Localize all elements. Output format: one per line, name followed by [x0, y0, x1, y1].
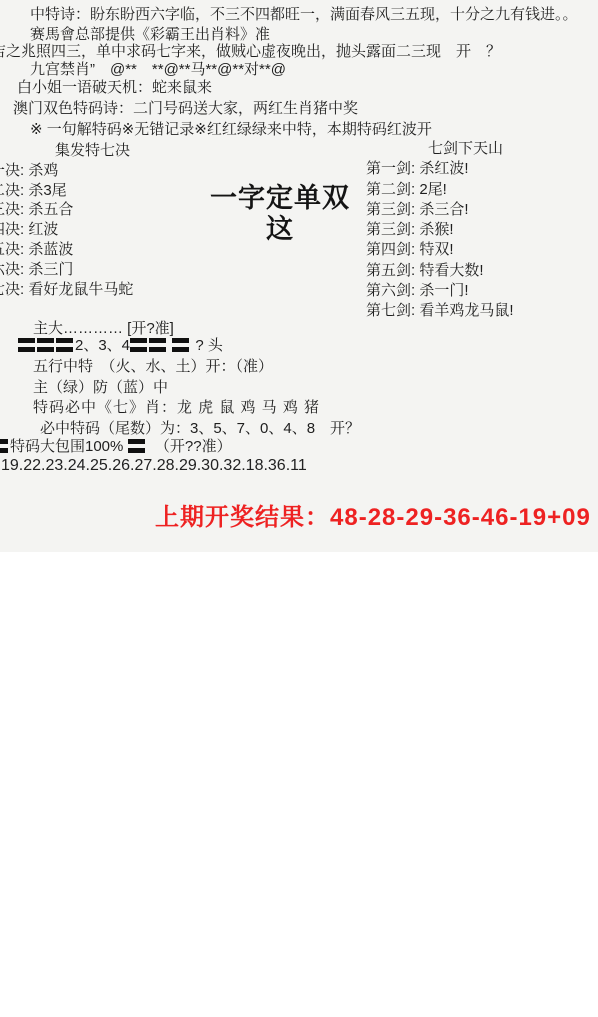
qijian-column-title: 七剑下天山 — [366, 139, 514, 159]
tip-zhulv-line: 主（绿）防（蓝）中 — [33, 379, 168, 397]
banner-line-2: 这 — [200, 214, 360, 245]
jifa-item-3: 三决: 杀五合 — [0, 200, 133, 220]
tip-bixiao-line: 特码必中《七》肖：龙 虎 鼠 鸡 马 鸡 猪 — [33, 399, 320, 417]
tip-sheet-page: 中特诗：盼东盼西六字临，不三不四都旺一，满面春风三五现，十分之九有钱进。。 赛馬… — [0, 0, 598, 1017]
jifa-seven-tips-column: 集发特七决 一决: 杀鸡 二决: 杀3尾 三决: 杀五合 四决: 红波 五决: … — [0, 141, 133, 299]
tip-baowei-line: 特码大包围100% （开??准） — [0, 438, 232, 456]
qijian-item-4: 第三剑: 杀猴! — [366, 220, 514, 240]
jifa-item-1: 一决: 杀鸡 — [0, 161, 133, 181]
black-double-bar-glyph — [128, 439, 145, 453]
black-double-bar-glyph — [56, 338, 73, 352]
jifa-item-7: 七决: 看好龙鼠牛马蛇 — [0, 280, 133, 300]
black-double-bar-glyph — [0, 439, 8, 453]
black-bars-group-mid — [130, 337, 168, 355]
poem-line-baixiaojie: 白小姐一语破天机：蛇来鼠来 — [17, 79, 212, 97]
last-draw-result-numbers: 48-28-29-36-46-19+09 — [330, 504, 591, 531]
jifa-item-2: 二决: 杀3尾 — [0, 181, 133, 201]
last-draw-result-label: 上期开奖结果： — [155, 504, 330, 531]
black-double-bar-glyph — [172, 338, 189, 352]
poem-line-jiugong: 九宫禁肖” @** **@**马**@**对**@ — [30, 61, 286, 79]
seven-swords-column: 七剑下天山 第一剑: 杀红波! 第二剑: 2尾! 第三剑: 杀三合! 第三剑: … — [366, 139, 514, 322]
jifa-item-4: 四决: 红波 — [0, 220, 133, 240]
poem-line-jizhizhao: 吉之兆照四三，单中求码七字来，做贼心虚夜晚出，抛头露面二三现 开 ？ — [0, 43, 501, 61]
qijian-item-2: 第二剑: 2尾! — [366, 180, 514, 200]
black-double-bar-glyph — [18, 338, 35, 352]
tip-biwei-line: 必中特码（尾数）为：3、5、7、0、4、8 开？ — [40, 420, 360, 438]
center-banner: 一字定单双 这 — [200, 183, 360, 245]
banner-line-1: 一字定单双 — [200, 183, 360, 214]
qijian-item-1: 第一剑: 杀红波! — [366, 159, 514, 179]
bars-line-numbers: 2、3、4 — [75, 337, 130, 354]
jifa-item-5: 五决: 杀蓝波 — [0, 240, 133, 260]
tip-wuxing-line: 五行中特 （火、水、土）开：（准） — [33, 358, 273, 376]
poem-line-aomen: 澳门双色特码诗：二门号码送大家，两红生肖猪中奖 — [13, 100, 358, 118]
qijian-item-5: 第四剑: 特双! — [366, 240, 514, 260]
black-double-bar-glyph — [130, 338, 147, 352]
black-bars-group-lead — [18, 337, 75, 355]
qijian-item-7: 第六剑: 杀一门! — [366, 281, 514, 301]
qijian-item-8: 第七剑: 看羊鸡龙马鼠! — [366, 301, 514, 321]
qijian-item-3: 第三剑: 杀三合! — [366, 200, 514, 220]
last-draw-result: 上期开奖结果：48-28-29-36-46-19+09 — [155, 497, 591, 532]
black-bar-baowei-lead — [0, 438, 10, 456]
jifa-item-6: 六决: 杀三门 — [0, 260, 133, 280]
poem-line-zhongte: 中特诗：盼东盼西六字临，不三不四都旺一，满面春风三五现，十分之九有钱进。。 — [30, 6, 578, 24]
black-bar-baowei-tail — [128, 438, 147, 456]
tip-number-list: 19.22.23.24.25.26.27.28.29.30.32.18.36.1… — [1, 457, 307, 475]
poem-line-saimahui: 赛馬會总部提供《彩霸王出肖料》准 — [30, 26, 270, 44]
jifa-column-title: 集发特七决 — [0, 141, 133, 161]
tip-bars-line: 2、3、4 ? 头 — [18, 337, 223, 353]
black-double-bar-glyph — [149, 338, 166, 352]
black-bars-group-tail — [172, 337, 191, 355]
bars-line-suffix: ? 头 — [195, 337, 223, 354]
poem-line-jiete: ※ 一句解特码※无错记录※红红绿绿来中特，本期特码红波开 — [30, 121, 432, 139]
baowei-result: （开??准） — [155, 438, 232, 455]
baowei-label: 特码大包围100% — [10, 438, 123, 455]
black-double-bar-glyph — [37, 338, 54, 352]
tip-zhuda-line: 主大………… [开?准] — [33, 320, 174, 338]
qijian-item-6: 第五剑: 特看大数! — [366, 261, 514, 281]
